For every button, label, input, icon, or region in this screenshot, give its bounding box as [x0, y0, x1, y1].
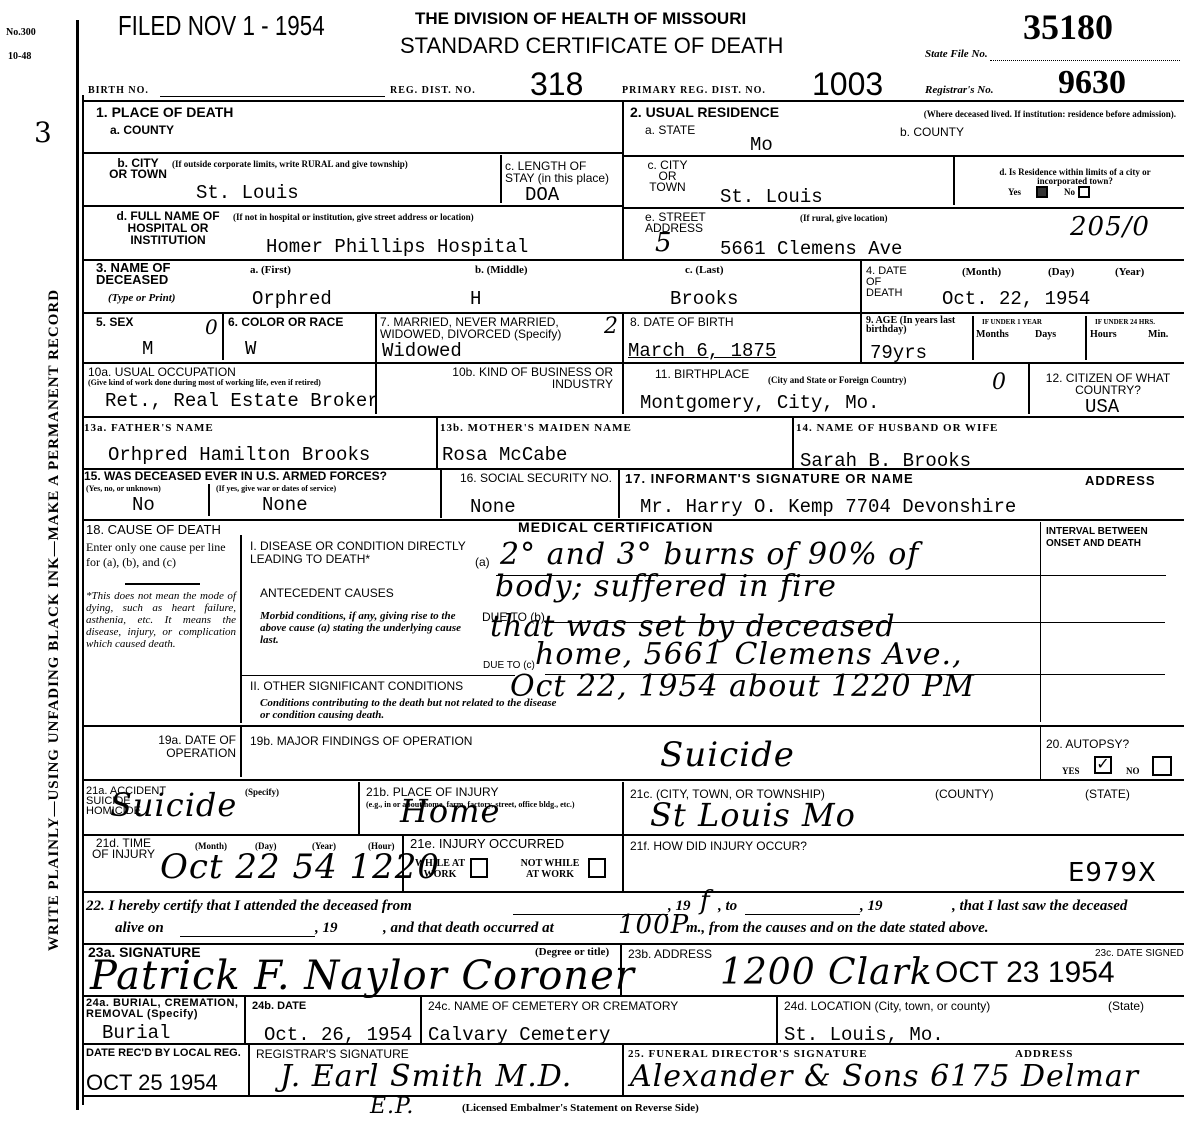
divider	[618, 470, 620, 518]
hours-label: Hours	[1090, 330, 1117, 339]
citizen-label: 12. CITIZEN OF WHAT COUNTRY?	[1034, 372, 1182, 396]
min-label: Min.	[1148, 330, 1168, 339]
other-conditions-label: II. OTHER SIGNIFICANT CONDITIONS	[250, 680, 463, 692]
address-value: 1200 Clark	[720, 955, 933, 991]
date-signed-value: OCT 23 1954	[935, 960, 1115, 986]
cause-footnote: *This does not mean the mode of dying, s…	[86, 590, 236, 650]
marital-code: 2	[604, 312, 619, 342]
armed-forces-value: No	[132, 496, 155, 515]
sex-label: 5. SEX	[96, 316, 133, 328]
under-day-label: IF UNDER 24 HRS.	[1095, 318, 1155, 327]
certificate-title: STANDARD CERTIFICATE OF DEATH	[400, 33, 783, 59]
informant-address-label: ADDRESS	[1085, 475, 1156, 487]
registrar-no-label: Registrar's No.	[925, 84, 993, 96]
rule	[84, 100, 1184, 102]
rule	[624, 155, 1184, 157]
dod-year-label: (Year)	[1115, 268, 1144, 277]
divider	[860, 260, 862, 312]
registrar-initials: E.P.	[370, 1092, 414, 1122]
attended-to-field[interactable]	[745, 914, 860, 915]
state-label: a. STATE	[645, 124, 695, 136]
while-work-label: WHILE AT WORK	[410, 858, 470, 880]
burial-type-label: 24a. BURIAL, CREMATION, REMOVAL (Specify…	[86, 998, 256, 1020]
months-label: Months	[976, 330, 1009, 339]
stay-value: DOA	[525, 186, 559, 205]
divider	[244, 997, 246, 1043]
date-of-death-label: 4. DATE OF DEATH	[866, 266, 914, 299]
autopsy-yes-label: YES	[1062, 767, 1080, 776]
left-border	[76, 20, 79, 1110]
divider	[776, 997, 778, 1043]
autopsy-label: 20. AUTOPSY?	[1046, 738, 1129, 750]
injury-type-specify: (Specify)	[245, 788, 279, 797]
attended-from-year: f	[700, 886, 711, 916]
divider	[248, 1045, 250, 1095]
rule	[84, 725, 1184, 727]
rule	[84, 943, 1184, 945]
certify-text-2c: , and that death occurred at	[383, 922, 554, 934]
ssn-value: None	[470, 498, 516, 517]
street-mark: 5	[655, 228, 673, 258]
antecedent-label: ANTECEDENT CAUSES	[260, 587, 394, 599]
divider	[953, 157, 955, 205]
no-label: No	[1064, 188, 1075, 197]
autopsy-no-checkbox[interactable]	[1152, 756, 1172, 776]
no-checkbox[interactable]	[1078, 186, 1090, 198]
race-value: W	[245, 340, 256, 359]
city-note: (If outside corporate limits, write RURA…	[172, 160, 492, 169]
street-value: 5661 Clemens Ave	[720, 240, 902, 259]
divider	[240, 535, 242, 723]
divider	[1040, 727, 1041, 779]
page-mark: 3	[34, 118, 53, 148]
injury-code: E979X	[1068, 858, 1157, 888]
rule	[84, 205, 622, 207]
injury-county-label: (COUNTY)	[935, 788, 994, 800]
street-note: (If rural, give location)	[800, 214, 887, 223]
funeral-director-label: 25. FUNERAL DIRECTOR'S SIGNATURE	[628, 1050, 867, 1059]
certify-text-1c: , to	[718, 900, 737, 912]
not-work-checkbox[interactable]	[588, 858, 606, 878]
state-file-field[interactable]	[990, 60, 1180, 61]
spouse-label: 14. NAME OF HUSBAND OR WIFE	[796, 424, 998, 433]
autopsy-yes-checkbox[interactable]: ✓	[1094, 756, 1112, 774]
reg-dist-value: 318	[530, 68, 583, 100]
divider	[375, 364, 377, 414]
registrar-no-value: 9630	[1058, 64, 1126, 102]
dod-day-label: (Day)	[1048, 268, 1074, 277]
date-received-value: OCT 25 1954	[86, 1070, 218, 1096]
first-name-label: a. (First)	[250, 266, 291, 275]
injury-time-label: 21d. TIME OF INJURY	[86, 838, 161, 860]
burial-type-value: Burial	[102, 1024, 170, 1043]
divider	[208, 484, 210, 516]
cause-line-c: home, 5661 Clemens Ave.,	[535, 640, 963, 670]
name-label: 3. NAME OF DECEASED	[96, 262, 206, 286]
informant-label: 17. INFORMANT'S SIGNATURE OR NAME	[625, 473, 914, 485]
divider	[1028, 364, 1030, 414]
margin-code: 205/0	[1070, 212, 1150, 242]
stay-label: c. LENGTH OF STAY (in this place)	[505, 160, 617, 184]
rule	[84, 779, 1184, 781]
cause-line-other: Oct 22, 1954 about 1220 PM	[510, 672, 975, 702]
certify-text-2d: m., from the causes and on the date stat…	[686, 922, 989, 934]
citizen-value: USA	[1085, 398, 1119, 417]
divider	[792, 418, 794, 468]
birth-date-value: March 6, 1875	[628, 342, 776, 361]
within-limits-label: d. Is Residence within limits of a city …	[980, 168, 1170, 186]
occupation-note: (Give kind of work done during most of w…	[88, 378, 378, 387]
divider	[375, 314, 377, 362]
rule	[84, 891, 1184, 893]
days-label: Days	[1035, 330, 1056, 339]
operation-findings-label: 19b. MAJOR FINDINGS OF OPERATION	[250, 735, 472, 747]
direct-cause-label: I. DISEASE OR CONDITION DIRECTLY LEADING…	[250, 540, 480, 566]
last-name-value: Brooks	[670, 290, 738, 309]
armed-forces-note2: (If yes, give war or dates of service)	[216, 484, 336, 493]
usual-residence-title: 2. USUAL RESIDENCE	[630, 106, 779, 118]
divider	[420, 997, 422, 1043]
marital-value: Widowed	[382, 342, 462, 361]
birth-date-label: 8. DATE OF BIRTH	[630, 316, 734, 328]
divider	[440, 470, 442, 518]
sex-code: 0	[205, 312, 219, 342]
birth-no-field[interactable]	[160, 96, 385, 97]
county-label: a. COUNTY	[110, 124, 174, 136]
signature-value: Patrick F. Naylor Coroner	[90, 956, 635, 996]
city-label: b. CITY OR TOWN	[108, 158, 168, 180]
not-work-label: NOT WHILE AT WORK	[515, 858, 585, 880]
rule	[84, 1095, 1184, 1097]
rule	[84, 362, 1184, 364]
certificate-number: 35180	[1023, 6, 1113, 48]
armed-forces-label: 15. WAS DECEASED EVER IN U.S. ARMED FORC…	[84, 470, 387, 482]
rule	[84, 259, 1184, 261]
divider	[620, 945, 622, 995]
divider	[240, 727, 242, 777]
operation-findings-value: Suicide	[660, 740, 795, 770]
reg-dist-label: REG. DIST. NO.	[390, 86, 476, 95]
hospital-label: d. FULL NAME OF HOSPITAL OR INSTITUTION	[108, 210, 228, 246]
res-city-label: c. CITY OR TOWN	[645, 160, 690, 193]
injury-time-value: Oct 22 54 1220	[160, 852, 440, 882]
certify-text-2a: alive on	[115, 922, 164, 934]
armed-forces-note1: (Yes, no, or unknown)	[86, 484, 161, 493]
form-number: No.300	[6, 28, 36, 37]
divider	[436, 418, 438, 468]
birth-no-label: BIRTH NO.	[88, 86, 149, 95]
location-label: 24d. LOCATION (City, town, or county)	[784, 1000, 990, 1012]
medical-heading: MEDICAL CERTIFICATION	[518, 521, 713, 533]
res-city-value: St. Louis	[720, 188, 823, 207]
left-border-inner	[82, 95, 84, 1105]
certify-text-1e: , that I last saw the deceased	[952, 900, 1127, 912]
cause-label: 18. CAUSE OF DEATH	[86, 524, 221, 536]
middle-name-label: b. (Middle)	[475, 266, 528, 275]
under-year-label: IF UNDER 1 YEAR	[982, 318, 1042, 327]
father-label: 13a. FATHER'S NAME	[84, 424, 214, 433]
funeral-address-label: ADDRESS	[1015, 1050, 1073, 1059]
dod-month-label: (Month)	[962, 268, 1001, 277]
death-time-value: 100P	[618, 910, 689, 940]
alive-on-field[interactable]	[180, 936, 315, 937]
divider	[222, 314, 224, 360]
rule	[125, 583, 200, 585]
certify-text-1a: 22. I hereby certify that I attended the…	[86, 900, 412, 912]
rule	[84, 312, 1184, 314]
middle-name-value: H	[470, 290, 481, 309]
usual-residence-note: (Where deceased lived. If institution: r…	[846, 110, 1176, 119]
form-revision: 10-48	[8, 52, 31, 61]
injury-state-label: (STATE)	[1085, 788, 1130, 800]
certify-text-2b: , 19	[315, 922, 338, 934]
registrar-signature-value: J. Earl Smith M.D.	[280, 1062, 572, 1092]
division-heading: THE DIVISION OF HEALTH OF MISSOURI	[415, 10, 746, 27]
address-label: 23b. ADDRESS	[628, 948, 712, 960]
cause-line-a: 2° and 3° burns of 90% of	[500, 540, 919, 570]
rule	[84, 416, 1184, 418]
birthplace-value: Montgomery, City, Mo.	[640, 394, 879, 413]
res-county-label: b. COUNTY	[900, 126, 964, 138]
margin-instruction: WRITE PLAINLY—USING UNFADING BLACK INK—M…	[46, 190, 63, 1050]
injury-type-value: Suicide	[110, 790, 237, 820]
occupation-label: 10a. USUAL OCCUPATION	[88, 366, 236, 378]
rule	[624, 207, 1184, 209]
last-name-label: c. (Last)	[685, 266, 724, 275]
cause-instructions: Enter only one cause per line for (a), (…	[86, 540, 236, 570]
divider	[500, 155, 502, 203]
first-name-value: Orphred	[252, 290, 332, 309]
injury-city-value: St Louis Mo	[650, 800, 856, 830]
primary-reg-dist-label: PRIMARY REG. DIST. NO.	[622, 86, 766, 95]
divider	[622, 364, 624, 414]
injury-how-label: 21f. HOW DID INJURY OCCUR?	[630, 840, 807, 852]
race-label: 6. COLOR OR RACE	[228, 316, 343, 328]
funeral-director-value: Alexander & Sons 6175 Delmar	[630, 1062, 1139, 1092]
operation-date-label: 19a. DATE OF OPERATION	[86, 734, 236, 760]
hospital-note: (If not in hospital or institution, give…	[233, 213, 474, 222]
birthplace-code: 0	[992, 368, 1007, 398]
injury-place-value: Home	[400, 796, 500, 826]
place-of-death-title: 1. PLACE OF DEATH	[96, 106, 233, 118]
age-value: 79yrs	[870, 344, 927, 363]
divider	[860, 314, 862, 362]
autopsy-no-label: NO	[1126, 767, 1140, 776]
mother-value: Rosa McCabe	[442, 446, 567, 465]
age-label: 9. AGE (In years last birthday)	[866, 316, 976, 334]
occupation-value: Ret., Real Estate Broker	[105, 392, 379, 411]
name-sub: (Type or Print)	[108, 292, 175, 304]
city-value: St. Louis	[196, 184, 299, 203]
embalmer-note: (Licensed Embalmer's Statement on Revers…	[462, 1104, 699, 1113]
divider	[622, 314, 624, 362]
column-divider	[622, 100, 624, 260]
burial-date-label: 24b. DATE	[252, 1000, 306, 1012]
divider	[622, 782, 624, 892]
cemetery-label: 24c. NAME OF CEMETERY OR CREMATORY	[428, 1000, 678, 1012]
cause-line-a2: body; suffered in fire	[495, 572, 837, 602]
interval-label: INTERVAL BETWEEN ONSET AND DEATH	[1046, 526, 1176, 550]
mother-label: 13b. MOTHER'S MAIDEN NAME	[440, 424, 632, 433]
date-of-death-value: Oct. 22, 1954	[942, 290, 1090, 309]
rule	[240, 675, 515, 676]
divider	[358, 782, 360, 834]
date-received-label: DATE REC'D BY LOCAL REG.	[86, 1048, 246, 1059]
divider	[1085, 316, 1087, 360]
divider	[972, 316, 974, 360]
filed-stamp: FILED NOV 1 - 1954	[118, 10, 325, 42]
location-state-label: (State)	[1108, 1000, 1144, 1012]
divider	[622, 1045, 624, 1095]
state-value: Mo	[750, 136, 773, 155]
hospital-value: Homer Phillips Hospital	[266, 238, 528, 257]
birthplace-note: (City and State or Foreign Country)	[768, 376, 906, 385]
marital-label: 7. MARRIED, NEVER MARRIED, WIDOWED, DIVO…	[380, 316, 610, 340]
rule	[84, 995, 1184, 997]
business-label: 10b. KIND OF BUSINESS OR INDUSTRY	[388, 366, 613, 390]
informant-value: Mr. Harry O. Kemp 7704 Devonshire	[640, 498, 1016, 517]
state-file-label: State File No.	[925, 48, 988, 60]
certify-text-1d: , 19	[860, 900, 883, 912]
service-value: None	[262, 496, 308, 515]
while-work-checkbox[interactable]	[470, 858, 488, 878]
antecedent-note: Morbid conditions, if any, giving rise t…	[260, 610, 480, 646]
ssn-label: 16. SOCIAL SECURITY NO.	[450, 472, 612, 485]
yes-label: Yes	[1008, 188, 1021, 197]
a-label: (a)	[475, 556, 490, 568]
rule	[84, 152, 622, 154]
rule	[84, 834, 1184, 836]
divider	[402, 836, 404, 891]
birthplace-label: 11. BIRTHPLACE	[655, 368, 749, 380]
sex-value: M	[142, 340, 153, 359]
injury-occurred-label: 21e. INJURY OCCURRED	[410, 838, 564, 850]
primary-reg-dist-value: 1003	[812, 68, 883, 100]
yes-checkbox[interactable]	[1036, 186, 1048, 198]
father-value: Orhpred Hamilton Brooks	[108, 446, 370, 465]
